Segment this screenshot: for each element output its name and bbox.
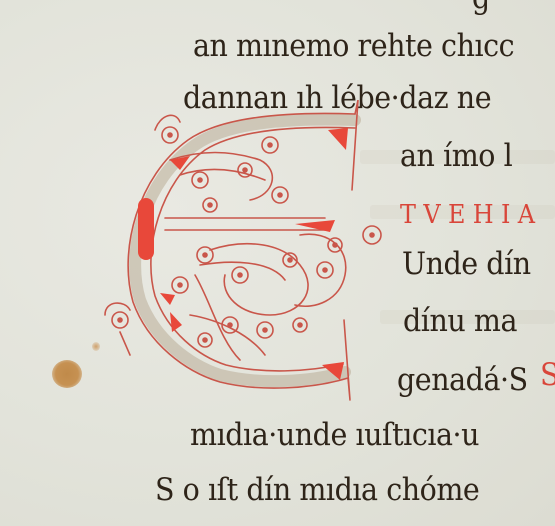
text-line-8: S o ıſt dín mıdıa chóme <box>155 472 479 508</box>
red-initial-fragment: S <box>540 357 555 393</box>
text-line-5: dínu ma <box>403 303 517 339</box>
text-line-1: an mınemo rehte chıcc <box>193 28 514 64</box>
text-line-4: Unde dín <box>402 246 531 282</box>
stain-spot <box>52 360 82 388</box>
text-line-7: mıdıa·unde ıuſtıcıa·u <box>190 417 479 453</box>
text-line-6: genadá·S <box>397 362 528 398</box>
text-fragment-top: g <box>472 0 490 16</box>
illuminated-initial-e <box>100 100 400 410</box>
stain-speck <box>92 342 100 351</box>
rubric-line: TVEHIA <box>400 200 542 230</box>
text-line-3: an ímo l <box>400 138 512 174</box>
